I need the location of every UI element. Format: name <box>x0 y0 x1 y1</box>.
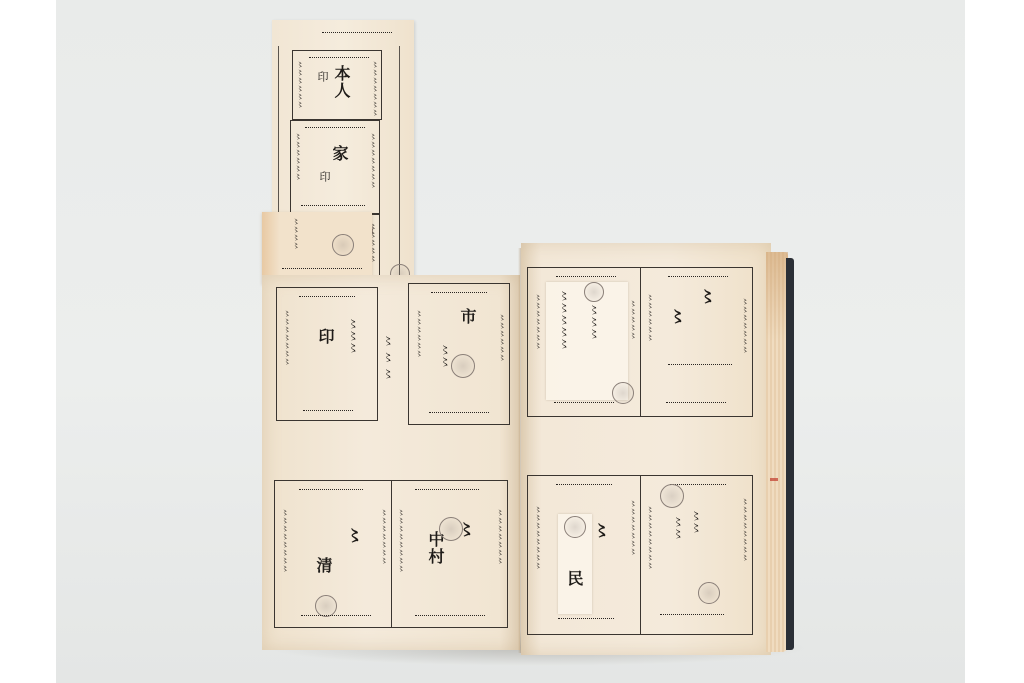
panel-side-text: 〻〻〻〻〻〻〻 <box>534 294 541 390</box>
left-bottom-panel-1: 〻〻〻〻〻〻〻〻 清 〻 〻〻〻〻〻〻〻 <box>275 481 392 627</box>
panel-side-text: 〻〻〻〻〻〻〻 <box>629 500 636 580</box>
panel-name: 〻〻〻 <box>588 304 599 340</box>
panel-bottom-line <box>660 614 724 619</box>
right-bottom-panel-group: 〻〻〻〻〻〻〻〻 〻 民 〻〻〻〻〻〻〻 〻〻〻〻〻〻〻〻 〻〻 〻〻 〻〻〻〻… <box>527 475 753 635</box>
panel-side-text: 〻〻〻〻〻〻 <box>296 61 303 113</box>
foldout-attached-slip: 〻〻〻〻 <box>262 212 372 284</box>
panel-sub: 〻 <box>668 308 684 325</box>
right-top-panel-1: 〻〻〻〻〻〻〻 〻〻〻 〻〻〻〻〻 〻〻〻〻〻 <box>528 268 641 416</box>
panel-sub: 印 <box>319 171 330 183</box>
panel-sub: 〻〻 <box>439 344 450 368</box>
panel-side-text: 〻〻〻〻〻〻〻 <box>283 310 290 400</box>
panel-bottom-line <box>429 412 489 417</box>
panel-top-line <box>299 296 355 301</box>
panel-mid-line <box>668 364 732 369</box>
seal-stamp <box>660 484 684 508</box>
panel-name: 〻〻 <box>690 510 701 534</box>
left-bottom-panel-group: 〻〻〻〻〻〻〻〻 清 〻 〻〻〻〻〻〻〻 〻〻〻〻〻〻〻〻 中村 〻 〻〻〻〻〻… <box>274 480 508 628</box>
seal-stamp <box>439 517 463 541</box>
left-top-panel-2: 〻〻〻〻〻〻 市 〻〻 〻〻〻〻〻〻 <box>408 283 510 425</box>
panel-top-line <box>305 127 365 132</box>
panel-side-text: 〻〻〻〻〻〻〻 <box>371 61 378 113</box>
slip-text: 〻〻〻〻 <box>292 218 299 258</box>
panel-sub: 民 <box>566 570 582 587</box>
gutter-text: 〻 〻 〻 <box>382 335 393 380</box>
panel-top-line <box>668 276 728 281</box>
book-cover-edge <box>786 258 794 650</box>
seal-stamp <box>315 595 337 617</box>
paper-stain <box>262 212 280 284</box>
panel-bottom-line <box>303 410 353 415</box>
right-top-panel-2: 〻〻〻〻〻〻 〻 〻 〻〻〻〻〻〻〻 <box>640 268 752 416</box>
panel-side-text: 〻〻〻〻〻〻 <box>294 133 301 205</box>
red-edge-mark <box>770 478 778 481</box>
left-top-panel-1: 〻〻〻〻〻〻〻 印 〻〻〻 <box>276 287 378 421</box>
left-page: 〻〻〻〻〻〻〻 印 〻〻〻 〻 〻 〻 〻〻〻〻〻〻 市 〻〻 〻〻〻〻〻〻 〻… <box>262 275 520 650</box>
panel-bottom-line <box>415 615 485 620</box>
right-bottom-panel-1: 〻〻〻〻〻〻〻〻 〻 民 〻〻〻〻〻〻〻 <box>528 476 641 634</box>
foldout-header-line <box>322 32 392 37</box>
panel-side-text: 〻〻〻〻〻〻〻〻 <box>397 509 404 609</box>
panel-bottom-line <box>301 615 371 620</box>
panel-sub: 印 <box>317 71 328 83</box>
right-bottom-panel-2: 〻〻〻〻〻〻〻〻 〻〻 〻〻 〻〻〻〻〻〻〻〻 <box>640 476 752 634</box>
panel-side-text: 〻〻〻〻〻〻〻 <box>496 509 503 599</box>
panel-side-text: 〻〻〻〻〻〻〻〻 <box>741 498 748 608</box>
panel-name: 家 <box>331 145 347 162</box>
panel-bottom-line <box>554 402 614 407</box>
panel-side-text: 〻〻〻〻〻〻〻 <box>380 509 387 599</box>
seal-stamp <box>584 282 604 302</box>
panel-bottom-line <box>558 618 614 623</box>
panel-name: 清 <box>315 557 331 574</box>
panel-side-text: 〻〻〻〻〻〻 <box>415 310 422 400</box>
panel-bottom-line <box>301 205 365 210</box>
seal-stamp <box>698 582 720 604</box>
panel-name: 市 <box>459 308 475 325</box>
panel-top-line <box>556 484 612 489</box>
right-page: 〻〻〻〻〻〻〻 〻〻〻 〻〻〻〻〻 〻〻〻〻〻 〻〻〻〻〻〻 〻 〻 〻〻〻〻〻… <box>521 243 771 655</box>
panel-sub: 〻〻〻 <box>347 318 358 354</box>
panel-sub: 〻〻〻〻〻 <box>558 290 569 390</box>
panel-sub: 〻 <box>345 527 361 544</box>
seal-stamp <box>332 234 354 256</box>
panel-top-line <box>431 292 487 297</box>
panel-top-line <box>299 489 363 494</box>
panel-top-line <box>415 489 479 494</box>
panel-side-text: 〻〻〻〻〻〻 <box>498 314 505 404</box>
right-top-panel-group: 〻〻〻〻〻〻〻 〻〻〻 〻〻〻〻〻 〻〻〻〻〻 〻〻〻〻〻〻 〻 〻 〻〻〻〻〻… <box>527 267 753 417</box>
panel-side-text: 〻〻〻〻〻〻〻 <box>741 298 748 398</box>
seal-stamp <box>451 354 475 378</box>
panel-bottom-line <box>666 402 726 407</box>
panel-sub: 〻〻 <box>672 516 683 540</box>
foldout-panel-1: 〻〻〻〻〻〻〻 本人 印 〻〻〻〻〻〻 <box>292 50 382 120</box>
panel-side-text: 〻〻〻〻〻〻〻〻 <box>534 506 541 610</box>
slip-line <box>282 268 362 273</box>
panel-top-line <box>309 57 369 62</box>
panel-name: 〻 <box>698 288 714 305</box>
panel-side-text: 〻〻〻〻〻〻〻 <box>369 133 376 205</box>
panel-name: 〻 <box>592 522 608 539</box>
foldout-panel-2: 〻〻〻〻〻〻〻 家 印 〻〻〻〻〻〻 <box>290 120 380 214</box>
left-bottom-panel-2: 〻〻〻〻〻〻〻〻 中村 〻 〻〻〻〻〻〻〻 <box>391 481 507 627</box>
panel-side-text: 〻〻〻〻〻〻〻〻 <box>646 506 653 610</box>
panel-top-line <box>556 276 616 281</box>
panel-name: 印 <box>317 328 333 345</box>
panel-side-text: 〻〻〻〻〻〻 <box>646 294 653 390</box>
panel-name: 本人 <box>333 65 349 99</box>
book-page-edges <box>766 252 788 652</box>
panel-side-text: 〻〻〻〻〻 <box>629 300 636 390</box>
seal-stamp <box>564 516 586 538</box>
panel-side-text: 〻〻〻〻〻〻〻〻 <box>281 509 288 609</box>
